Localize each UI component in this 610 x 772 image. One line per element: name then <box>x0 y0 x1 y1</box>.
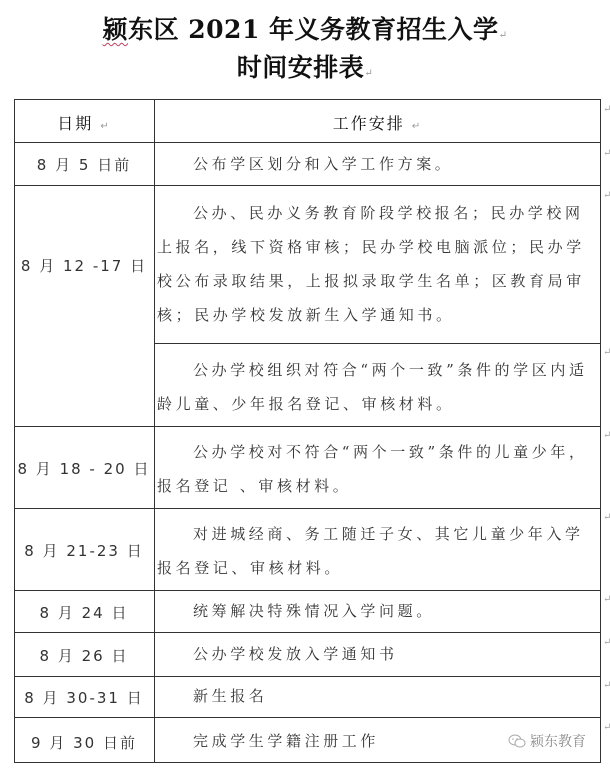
document-title-line2: 时间安排表↵ <box>0 48 610 84</box>
header-work: 工作安排 ↵ <box>154 111 601 134</box>
paragraph-mark-icon: ↵ <box>603 680 610 691</box>
paragraph-mark-icon: ↵ <box>603 637 610 648</box>
paragraph-mark-icon: ↵ <box>412 121 422 132</box>
table-row-date: 8 月 21-23 日 <box>14 540 154 561</box>
paragraph-mark-icon: ↵ <box>603 722 610 733</box>
table-row-work: 对进城经商、务工随迁子女、其它儿童少年入学报名登记、审核材料。 <box>157 517 597 585</box>
table-row-date: 8 月 12 -17 日 <box>14 255 154 276</box>
table-row-work: 公办、民办义务教育阶段学校报名；民办学校网上报名，线下资格审核；民办学校电脑派位… <box>157 196 597 332</box>
paragraph-mark-icon: ↵ <box>603 190 610 201</box>
paragraph-mark-icon: ↵ <box>603 512 610 523</box>
table-row-work: 公办学校对不符合“两个一致”条件的儿童少年，报名登记 、审核材料。 <box>157 435 597 503</box>
paragraph-mark-icon: ↵ <box>603 430 610 441</box>
row-divider <box>14 676 601 677</box>
paragraph-mark-icon: ↵ <box>603 148 610 159</box>
wechat-icon <box>508 734 526 748</box>
row-divider <box>14 590 601 591</box>
header-date: 日期 ↵ <box>14 111 154 134</box>
row-divider <box>14 142 601 143</box>
row-divider <box>14 508 601 509</box>
column-divider <box>154 99 155 763</box>
row-divider <box>14 185 601 186</box>
row-divider <box>14 717 601 718</box>
spellcheck-underlined-char: 颍 <box>103 15 129 44</box>
paragraph-mark-icon: ↵ <box>603 347 610 358</box>
table-row-date: 8 月 26 日 <box>14 645 154 666</box>
paragraph-mark-icon: ↵ <box>603 104 610 115</box>
watermark-text: 颍东教育 <box>530 731 586 751</box>
row-divider <box>154 343 601 344</box>
table-row-work: 统筹解决特殊情况入学问题。 <box>157 594 597 628</box>
table-row-date: 8 月 5 日前 <box>14 154 154 175</box>
table-row-date: 8 月 30-31 日 <box>14 687 154 708</box>
paragraph-mark-icon: ↵ <box>364 68 373 79</box>
table-row-work: 公办学校组织对符合“两个一致”条件的学区内适龄儿童、少年报名登记、审核材料。 <box>157 353 597 421</box>
table-row-date: 8 月 18 - 20 日 <box>14 458 154 479</box>
watermark: 颍东教育 <box>508 731 586 751</box>
row-divider <box>14 632 601 633</box>
paragraph-mark-icon: ↵ <box>100 121 110 132</box>
row-divider <box>14 426 601 427</box>
paragraph-mark-icon: ↵ <box>499 30 508 41</box>
paragraph-mark-icon: ↵ <box>603 594 610 605</box>
document-title-line1: 颍东区 2021 年义务教育招生入学↵ <box>0 10 610 46</box>
table-row-date: 8 月 24 日 <box>14 602 154 623</box>
table-row-date: 9 月 30 日前 <box>14 732 154 753</box>
table-row-work: 公办学校发放入学通知书 <box>157 637 597 671</box>
table-row-work: 公布学区划分和入学工作方案。 <box>157 147 597 181</box>
table-row-work: 新生报名 <box>157 679 597 713</box>
